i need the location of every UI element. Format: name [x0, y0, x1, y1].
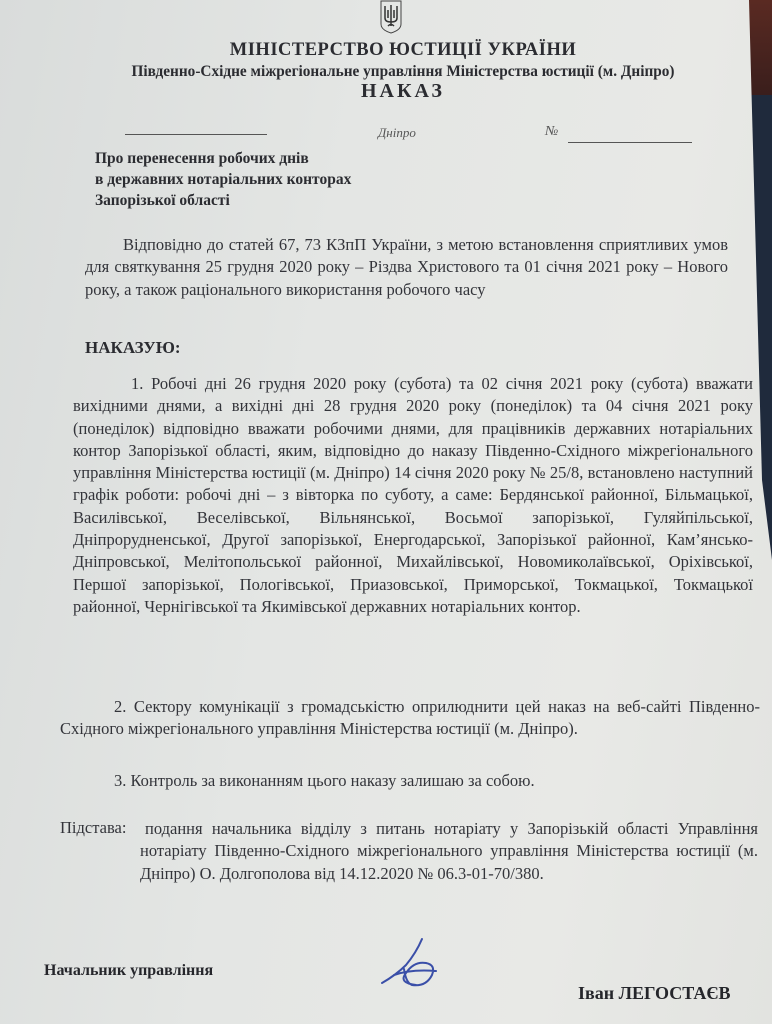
handwritten-signature-icon — [376, 935, 451, 990]
order-item-1: 1. Робочі дні 26 грудня 2020 року (субот… — [73, 373, 753, 618]
number-blank-line — [568, 142, 692, 143]
signer-title: Начальник управління — [44, 962, 213, 980]
department-title: Південно-Східне міжрегіональне управлінн… — [0, 63, 772, 81]
subject-line: Запорізької області — [95, 190, 351, 211]
basis-text: подання начальника відділу з питань нота… — [140, 818, 758, 885]
subject-line: Про перенесення робочих днів — [95, 148, 351, 169]
trident-emblem-icon — [380, 0, 402, 34]
order-item-3: 3. Контроль за виконанням цього наказу з… — [60, 770, 760, 792]
order-word: НАКАЗУЮ: — [85, 338, 181, 358]
number-label: № — [545, 124, 558, 140]
order-subject: Про перенесення робочих днів в державних… — [95, 148, 351, 211]
basis-label: Підстава: — [60, 818, 126, 838]
date-blank-line — [125, 134, 267, 135]
city-label: Дніпро — [378, 125, 416, 141]
subject-line: в державних нотаріальних конторах — [95, 169, 351, 190]
signer-name: Іван ЛЕГОСТАЄВ — [578, 983, 731, 1004]
document-page: МІНІСТЕРСТВО ЮСТИЦІЇ УКРАЇНИ Південно-Сх… — [0, 0, 772, 1024]
preamble: Відповідно до статей 67, 73 КЗпП України… — [85, 234, 728, 301]
order-item-2: 2. Сектору комунікації з громадськістю о… — [60, 696, 760, 741]
ministry-title: МІНІСТЕРСТВО ЮСТИЦІЇ УКРАЇНИ — [0, 40, 772, 61]
document-type: НАКАЗ — [0, 80, 772, 103]
